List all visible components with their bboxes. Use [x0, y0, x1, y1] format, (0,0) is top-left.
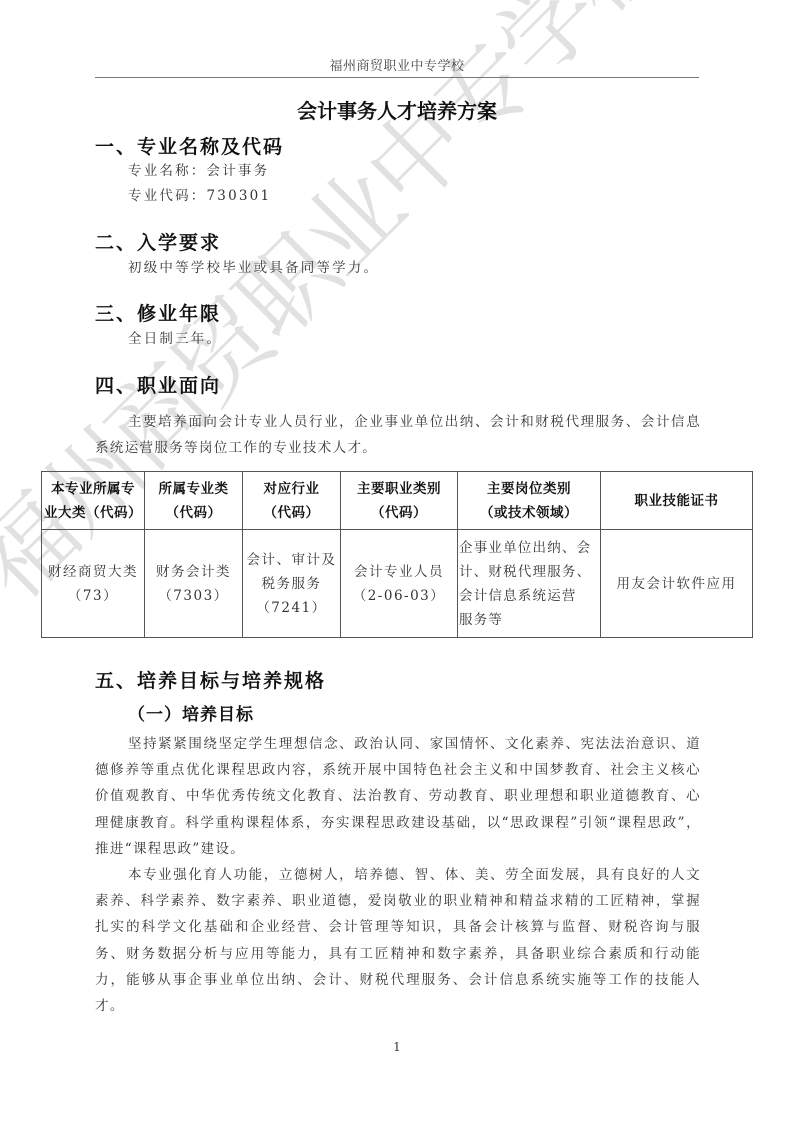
section-heading-admission: 二、入学要求 [95, 231, 221, 255]
admission-text: 初级中等学校毕业或具备同等学力。 [128, 258, 379, 278]
section-heading-duration: 三、修业年限 [95, 302, 221, 326]
table-cell-certificate: 用友会计软件应用 [601, 530, 753, 638]
major-name-line: 专业名称：会计事务 [128, 161, 269, 181]
duration-text: 全日制三年。 [128, 329, 222, 349]
section-heading-training-goals: 五、培养目标与培养规格 [95, 669, 326, 693]
page-header: 福州商贸职业中专学校 [95, 58, 699, 76]
training-objective-paragraph-2: 本专业强化育人功能，立德树人，培养德、智、体、美、劳全面发展，具有良好的人文素养… [95, 862, 701, 1019]
table-cell-major-class: 财务会计类 （7303） [145, 530, 243, 638]
table-header-row: 本专业所属专 业大类（代码） 所属专业类 （代码） 对应行业 （代码） 主要职业… [42, 472, 753, 530]
page-number: 1 [387, 1040, 407, 1054]
table-header-cell: 主要职业类别 （代码） [341, 472, 458, 530]
table-header-cell: 所属专业类 （代码） [145, 472, 243, 530]
document-title: 会计事务人才培养方案 [95, 98, 699, 124]
table-cell-positions: 企事业单位出纳、会 计、财税代理服务、 会计信息系统运营 服务等 [458, 530, 601, 638]
table-header-cell: 本专业所属专 业大类（代码） [42, 472, 145, 530]
training-objective-paragraph-1: 坚持紧紧围绕坚定学生理想信念、政治认同、家国情怀、文化素养、宪法法治意识、道德修… [95, 731, 701, 862]
table-header-cell: 对应行业 （代码） [243, 472, 341, 530]
table-cell-industry: 会计、审计及 税务服务 （7241） [243, 530, 341, 638]
major-code-line: 专业代码：730301 [128, 186, 271, 206]
header-divider [95, 77, 699, 78]
career-orientation-text: 主要培养面向会计专业人员行业，企业事业单位出纳、会计和财税代理服务、会计信息系统… [95, 409, 701, 461]
table-cell-occupation: 会计专业人员 （2-06-03） [341, 530, 458, 638]
table-header-cell: 主要岗位类别 （或技术领域） [458, 472, 601, 530]
section-heading-career-orientation: 四、职业面向 [95, 374, 221, 398]
section-heading-major-name-code: 一、专业名称及代码 [95, 135, 284, 159]
career-orientation-table: 本专业所属专 业大类（代码） 所属专业类 （代码） 对应行业 （代码） 主要职业… [41, 471, 753, 638]
table-header-cell: 职业技能证书 [601, 472, 753, 530]
table-cell-category: 财经商贸大类 （73） [42, 530, 145, 638]
table-row: 财经商贸大类 （73） 财务会计类 （7303） 会计、审计及 税务服务 （72… [42, 530, 753, 638]
subsection-heading-training-objective: （一）培养目标 [128, 704, 254, 726]
